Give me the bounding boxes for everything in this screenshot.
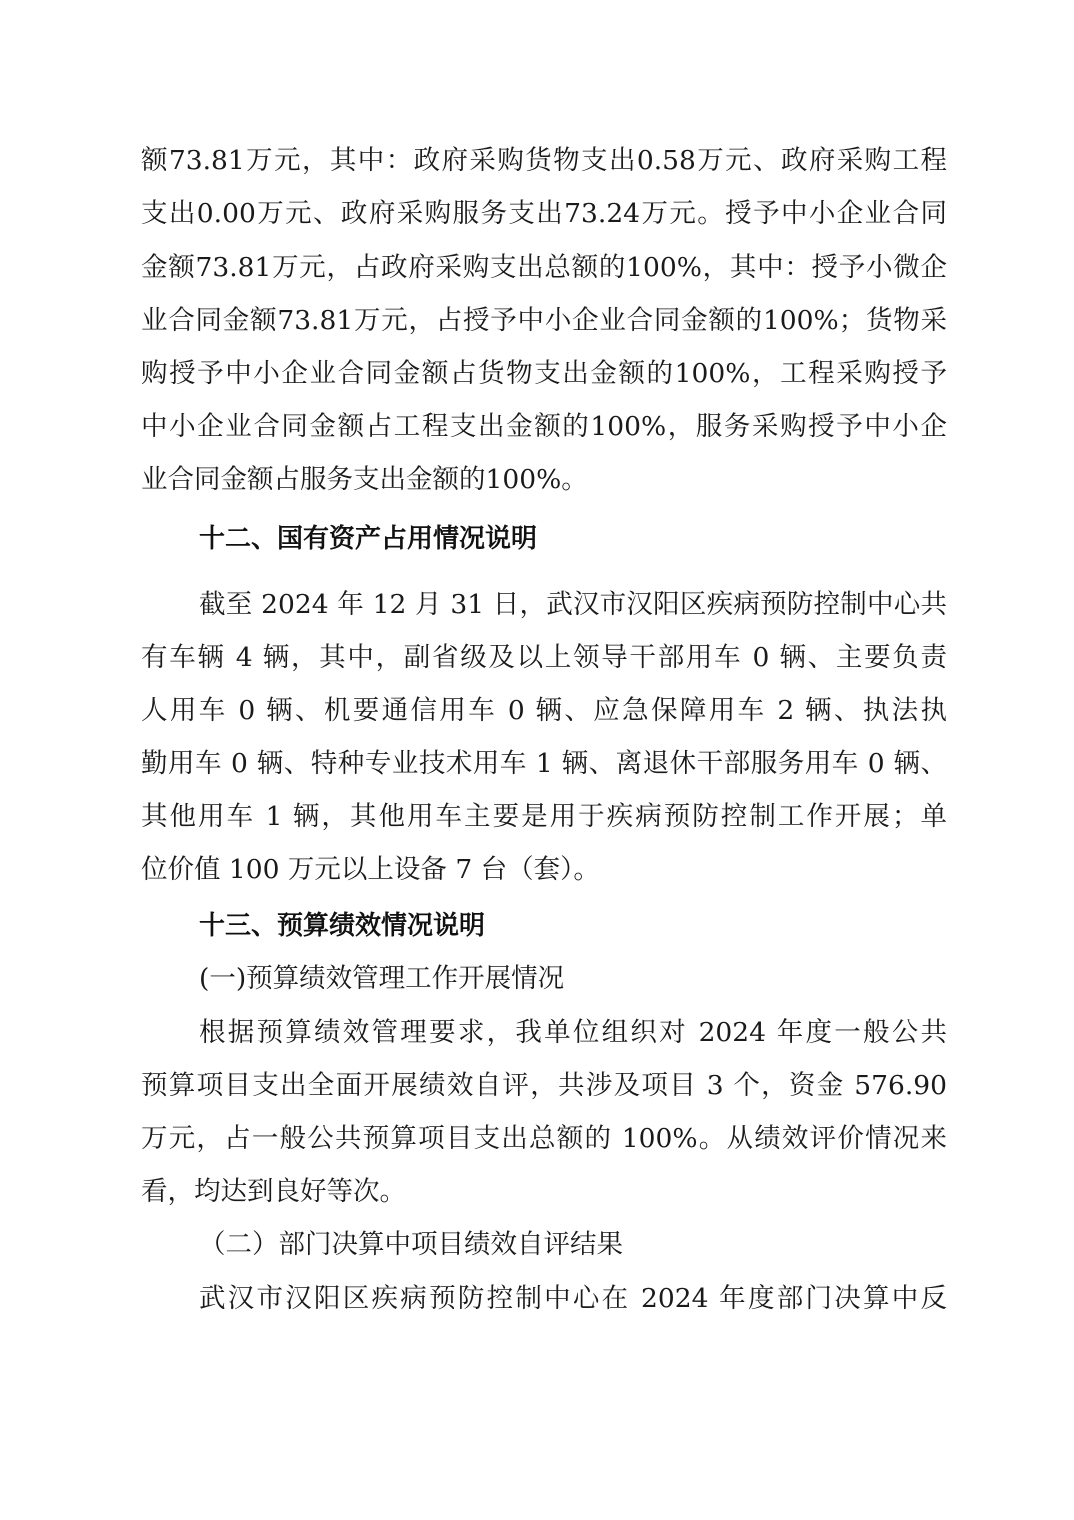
text-line: 人用车 0 辆、机要通信用车 0 辆、应急保障用车 2 辆、执法执	[141, 694, 947, 728]
text-line: 额73.81万元，其中：政府采购货物支出0.58万元、政府采购工程	[141, 144, 947, 178]
text-line: 勤用车 0 辆、特种专业技术用车 1 辆、离退休干部服务用车 0 辆、	[141, 747, 947, 781]
section-heading-state-assets: 十二、国有资产占用情况说明	[199, 522, 537, 556]
text-line: 看，均达到良好等次。	[141, 1175, 947, 1209]
section-heading-performance: 十三、预算绩效情况说明	[199, 909, 485, 943]
text-line: 业合同金额73.81万元，占授予中小企业合同金额的100%；货物采	[141, 304, 947, 338]
text-line: 武汉市汉阳区疾病预防控制中心在 2024 年度部门决算中反	[199, 1282, 947, 1316]
subsection-heading-self-evaluation-results: （二）部门决算中项目绩效自评结果	[199, 1228, 623, 1262]
text-line: 购授予中小企业合同金额占货物支出金额的100%，工程采购授予	[141, 357, 947, 391]
text-line: 业合同金额占服务支出金额的100%。	[141, 463, 947, 497]
document-page: 额73.81万元，其中：政府采购货物支出0.58万元、政府采购工程 支出0.00…	[0, 0, 1074, 1520]
text-line: 位价值 100 万元以上设备 7 台（套）。	[141, 853, 947, 887]
text-line: 万元，占一般公共预算项目支出总额的 100%。从绩效评价情况来	[141, 1122, 947, 1156]
text-line: 预算项目支出全面开展绩效自评，共涉及项目 3 个，资金 576.90	[141, 1069, 947, 1103]
text-line: 有车辆 4 辆，其中，副省级及以上领导干部用车 0 辆、主要负责	[141, 641, 947, 675]
text-line: 中小企业合同金额占工程支出金额的100%，服务采购授予中小企	[141, 410, 947, 444]
text-line: 根据预算绩效管理要求，我单位组织对 2024 年度一般公共	[199, 1016, 947, 1050]
text-line: 支出0.00万元、政府采购服务支出73.24万元。授予中小企业合同	[141, 197, 947, 231]
text-line: 截至 2024 年 12 月 31 日，武汉市汉阳区疾病预防控制中心共	[199, 588, 947, 622]
text-line: 其他用车 1 辆，其他用车主要是用于疾病预防控制工作开展；单	[141, 800, 947, 834]
text-line: 金额73.81万元，占政府采购支出总额的100%，其中：授予小微企	[141, 251, 947, 285]
subsection-heading-performance-management: (一)预算绩效管理工作开展情况	[199, 962, 564, 996]
